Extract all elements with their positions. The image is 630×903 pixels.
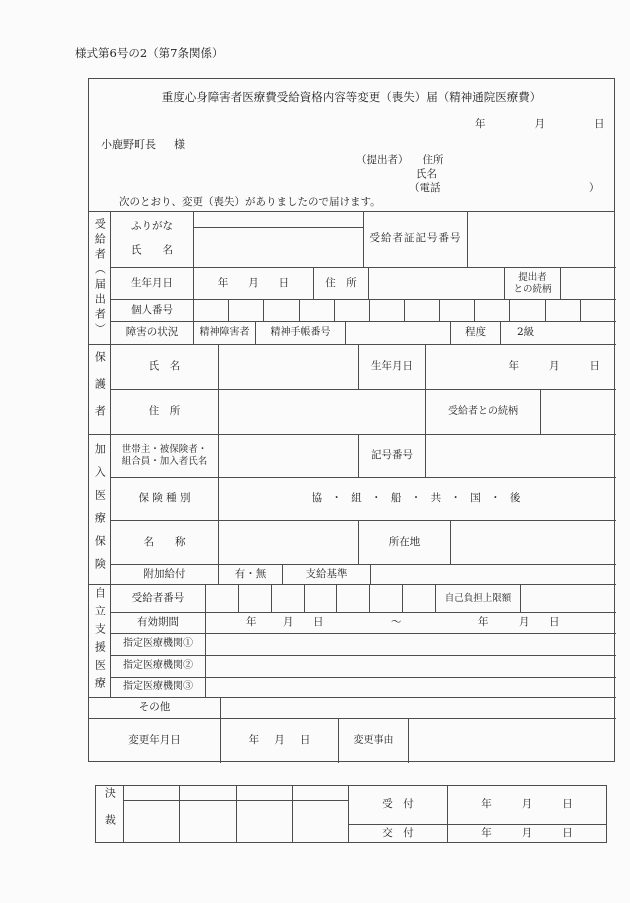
personal-number-digit-cell bbox=[264, 300, 300, 322]
designated-clinic3-label: 指定医療機関③ bbox=[111, 678, 206, 698]
ymd-year: 年 bbox=[478, 616, 489, 629]
ymd-year: 年 bbox=[481, 798, 492, 811]
approval-stamp-header bbox=[124, 786, 180, 801]
approval-stamp-cell bbox=[293, 801, 349, 842]
approval-stamp-cell bbox=[124, 801, 180, 842]
support-digit-cell bbox=[272, 585, 305, 613]
recipient-name-label: 氏 名 bbox=[131, 244, 173, 257]
form-title: 重度心身障害者医療費受給資格内容等変更（喪失）届（精神通院医療費） bbox=[89, 89, 614, 105]
approval-stamp-cell bbox=[237, 801, 293, 842]
form-page: 様式第6号の2（第7条関係） 重度心身障害者医療費受給資格内容等変更（喪失）届（… bbox=[0, 0, 630, 903]
approval-stamp-cell bbox=[180, 801, 237, 842]
ymd-month: 月 bbox=[549, 360, 560, 373]
guardian-address-label: 住 所 bbox=[111, 390, 219, 435]
other-field bbox=[221, 698, 616, 719]
support-digit-cell bbox=[337, 585, 370, 613]
personal-number-digit-cell bbox=[335, 300, 370, 322]
insurance-location-label: 所在地 bbox=[359, 521, 451, 565]
ymd-month: 月 bbox=[522, 827, 533, 840]
header-date-day: 日 bbox=[594, 116, 605, 131]
guardian-address-field bbox=[219, 390, 426, 435]
insurance-type-options: 協 ・ 組 ・ 船 ・ 共 ・ 国 ・ 後 bbox=[219, 478, 616, 521]
addressee-name: 小鹿野町長 bbox=[101, 136, 156, 152]
approval-stamp-header bbox=[293, 786, 349, 801]
recipient-birth-field: 年 月 日 bbox=[194, 268, 314, 300]
personal-number-digit-cell bbox=[510, 300, 546, 322]
personal-number-digit-cell bbox=[370, 300, 405, 322]
ymd-day: 日 bbox=[313, 616, 324, 629]
ymd-month: 月 bbox=[283, 616, 294, 629]
personal-number-digit-cell bbox=[405, 300, 440, 322]
ymd-year: 年 bbox=[246, 616, 257, 629]
approval-section-label: 決裁 bbox=[96, 786, 124, 842]
section-label-recipient: 受給者（届出者） bbox=[89, 211, 111, 345]
recipient-address-field bbox=[369, 268, 505, 300]
designated-clinic2-label: 指定医療機関② bbox=[111, 656, 206, 678]
ymd-month: 月 bbox=[274, 734, 285, 747]
relation-line1: 提出者 bbox=[518, 272, 547, 284]
support-recipient-no-label: 受給者番号 bbox=[111, 585, 206, 613]
insurance-type-label: 保 険 種 別 bbox=[111, 478, 219, 521]
recipient-address-label: 住 所 bbox=[314, 268, 369, 300]
payment-criteria-field bbox=[371, 565, 616, 585]
disability-status-label: 障害の状況 bbox=[111, 322, 194, 345]
section-label-guardian: 保護者 bbox=[89, 345, 111, 435]
submitter-address-label: 住所 bbox=[423, 152, 444, 167]
guardian-relation-label: 受給者との続柄 bbox=[426, 390, 541, 435]
submitter-name-label: 氏名 bbox=[416, 166, 437, 181]
issue-date-field: 年 月 日 bbox=[448, 825, 606, 842]
designated-clinic3-field bbox=[206, 678, 616, 698]
grade-label: 程度 bbox=[451, 322, 501, 345]
tilde: ～ bbox=[391, 616, 402, 629]
ymd-year: 年 bbox=[249, 734, 260, 747]
ymd-day: 日 bbox=[590, 360, 601, 373]
header-addressee: 小鹿野町長 様 bbox=[101, 136, 185, 152]
insurance-holder-label: 世帯主・被保険者・ 組合員・加入者氏名 bbox=[111, 435, 219, 478]
recipient-cert-number-label: 受給者証記号番号 bbox=[364, 211, 468, 268]
ymd-month: 月 bbox=[519, 616, 530, 629]
insurance-symbol-label: 記号番号 bbox=[359, 435, 426, 478]
designated-clinic1-field bbox=[206, 634, 616, 656]
addressee-honorific: 様 bbox=[174, 136, 185, 152]
disability-type-value: 精神障害者 bbox=[194, 322, 256, 345]
personal-number-digit-cell bbox=[475, 300, 510, 322]
approval-stamp-header bbox=[180, 786, 237, 801]
personal-number-digit-cell bbox=[194, 300, 229, 322]
personal-number-label: 個人番号 bbox=[111, 300, 194, 322]
furigana-label: ふりがな bbox=[131, 220, 173, 233]
approval-stamp-header bbox=[237, 786, 293, 801]
ymd-year: 年 bbox=[218, 277, 229, 290]
personal-number-digit-cell bbox=[581, 300, 616, 322]
guardian-birth-label: 生年月日 bbox=[359, 345, 426, 390]
guardian-relation-field bbox=[541, 390, 616, 435]
personal-number-digit-cell bbox=[300, 300, 335, 322]
insurance-location-field bbox=[451, 521, 616, 565]
insurance-holder-field bbox=[219, 435, 359, 478]
payment-criteria-label: 支給基準 bbox=[283, 565, 371, 585]
support-digit-cell bbox=[403, 585, 436, 613]
submitter-phone-label: （電話 bbox=[409, 180, 441, 195]
ymd-day: 日 bbox=[279, 277, 290, 290]
recipient-name-field bbox=[194, 228, 364, 268]
ymd-year: 年 bbox=[509, 360, 520, 373]
personal-number-digit-cell bbox=[546, 300, 581, 322]
personal-number-digit-cell bbox=[440, 300, 475, 322]
main-form-box: 重度心身障害者医療費受給資格内容等変更（喪失）届（精神通院医療費） 年 月 日 … bbox=[88, 78, 615, 762]
approval-table: 決裁 受 付 年 月 日 交 付 年 月 日 bbox=[95, 785, 607, 843]
change-reason-field bbox=[409, 719, 616, 763]
handbook-number-label: 精神手帳番号 bbox=[256, 322, 346, 345]
ymd-year: 年 bbox=[481, 827, 492, 840]
ymd-month: 月 bbox=[248, 277, 259, 290]
header-date-year: 年 bbox=[475, 116, 486, 131]
form-number: 様式第6号の2（第7条関係） bbox=[75, 45, 223, 61]
ymd-month: 月 bbox=[522, 798, 533, 811]
receipt-label: 受 付 bbox=[349, 786, 448, 825]
header-date: 年 月 日 bbox=[475, 116, 605, 131]
holder-line1: 世帯主・被保険者・ bbox=[122, 444, 208, 456]
section-label-insurance: 加入医療保険 bbox=[89, 435, 111, 585]
change-date-field: 年 月 日 bbox=[221, 719, 339, 763]
recipient-relation-field bbox=[561, 268, 616, 300]
ymd-day: 日 bbox=[300, 734, 311, 747]
insurance-name-label: 名 称 bbox=[111, 521, 219, 565]
support-digit-cell bbox=[305, 585, 337, 613]
insurance-name-field bbox=[219, 521, 359, 565]
section-label-support: 自立支援医療 bbox=[89, 585, 111, 698]
guardian-birth-field: 年 月 日 bbox=[426, 345, 616, 390]
support-digit-cell bbox=[206, 585, 239, 613]
support-digit-cell bbox=[239, 585, 272, 613]
header-date-month: 月 bbox=[535, 116, 546, 131]
ymd-day: 日 bbox=[562, 827, 573, 840]
guardian-name-field bbox=[219, 345, 359, 390]
change-reason-label: 変更事由 bbox=[339, 719, 409, 763]
relation-line2: との続柄 bbox=[513, 284, 551, 296]
change-date-label: 変更年月日 bbox=[89, 719, 221, 763]
copay-limit-label: 自己負担上限額 bbox=[436, 585, 521, 613]
header-submitter-row: （提出者） 住所 bbox=[356, 152, 444, 167]
designated-clinic1-label: 指定医療機関① bbox=[111, 634, 206, 656]
recipient-birth-label: 生年月日 bbox=[111, 268, 194, 300]
form-header: 重度心身障害者医療費受給資格内容等変更（喪失）届（精神通院医療費） 年 月 日 … bbox=[89, 79, 614, 212]
submitter-label: （提出者） bbox=[356, 152, 409, 167]
handbook-number-field bbox=[346, 322, 451, 345]
recipient-furigana-name-label: ふりがな 氏 名 bbox=[111, 211, 194, 268]
submitter-phone-close: ） bbox=[589, 180, 600, 195]
insurance-symbol-field bbox=[426, 435, 616, 478]
extra-benefit-yesno: 有・無 bbox=[219, 565, 283, 585]
holder-line2: 組合員・加入者氏名 bbox=[122, 456, 208, 468]
support-digit-cell bbox=[370, 585, 403, 613]
copay-limit-field bbox=[521, 585, 616, 613]
recipient-cert-number-field bbox=[468, 211, 616, 268]
ymd-day: 日 bbox=[549, 616, 560, 629]
validity-period-field: 年 月 日 ～ 年 月 日 bbox=[206, 613, 616, 634]
recipient-relation-label: 提出者 との続柄 bbox=[505, 268, 561, 300]
declaration-text: 次のとおり、変更（喪失）がありましたので届けます。 bbox=[119, 194, 381, 209]
validity-period-label: 有効期間 bbox=[111, 613, 206, 634]
other-label: その他 bbox=[89, 698, 221, 719]
personal-number-digit-cell bbox=[229, 300, 264, 322]
guardian-name-label: 氏 名 bbox=[111, 345, 219, 390]
issue-label: 交 付 bbox=[349, 825, 448, 842]
recipient-furigana-field bbox=[194, 211, 364, 228]
extra-benefit-label: 附加給付 bbox=[111, 565, 219, 585]
designated-clinic2-field bbox=[206, 656, 616, 678]
ymd-day: 日 bbox=[562, 798, 573, 811]
grade-value: 2級 bbox=[501, 322, 616, 345]
receipt-date-field: 年 月 日 bbox=[448, 786, 606, 825]
